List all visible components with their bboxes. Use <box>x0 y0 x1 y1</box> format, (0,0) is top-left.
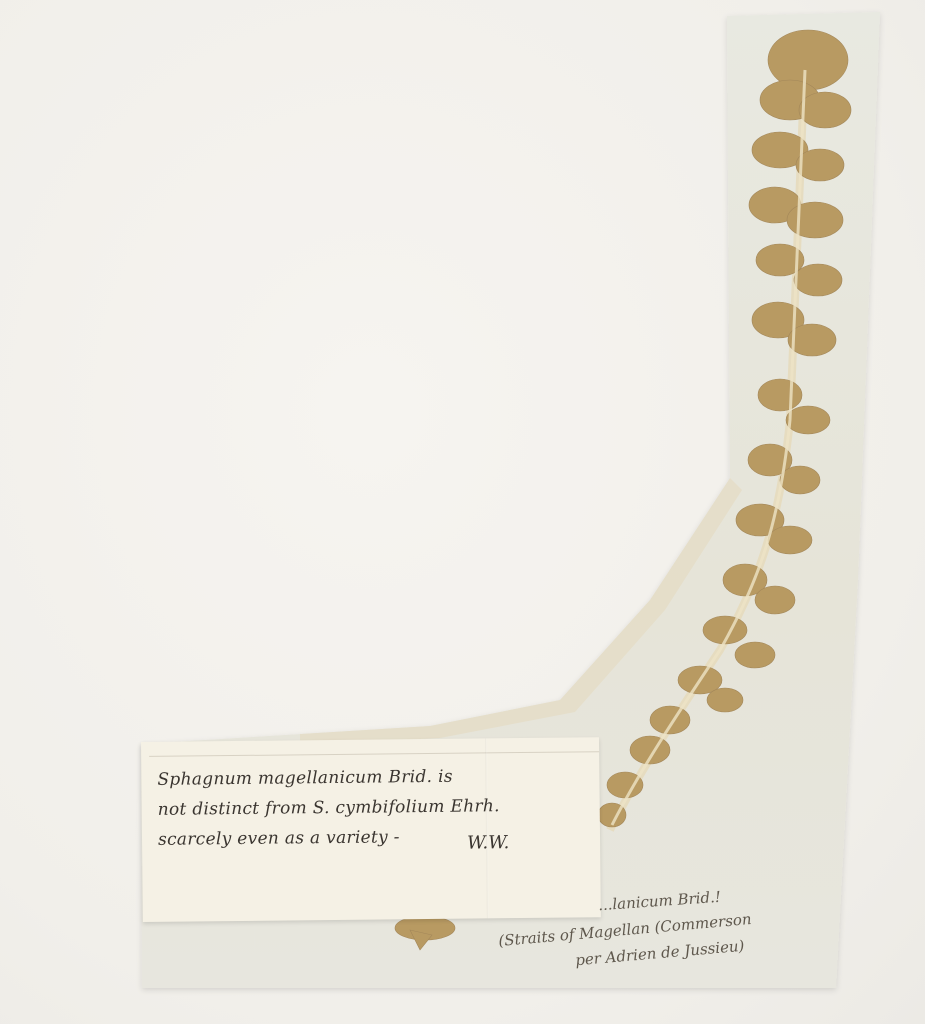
label-line-2: not distinct from S. cymbifolium Ehrh. <box>158 796 500 820</box>
determination-label: Sphagnum magellanicum Brid. is not disti… <box>141 737 601 922</box>
label-fold <box>485 738 489 918</box>
label-line-3: scarcely even as a variety - <box>158 827 400 850</box>
label-line-1: Sphagnum magellanicum Brid. is <box>157 767 453 790</box>
label-signature: W.W. <box>467 832 509 853</box>
label-border <box>149 751 599 757</box>
